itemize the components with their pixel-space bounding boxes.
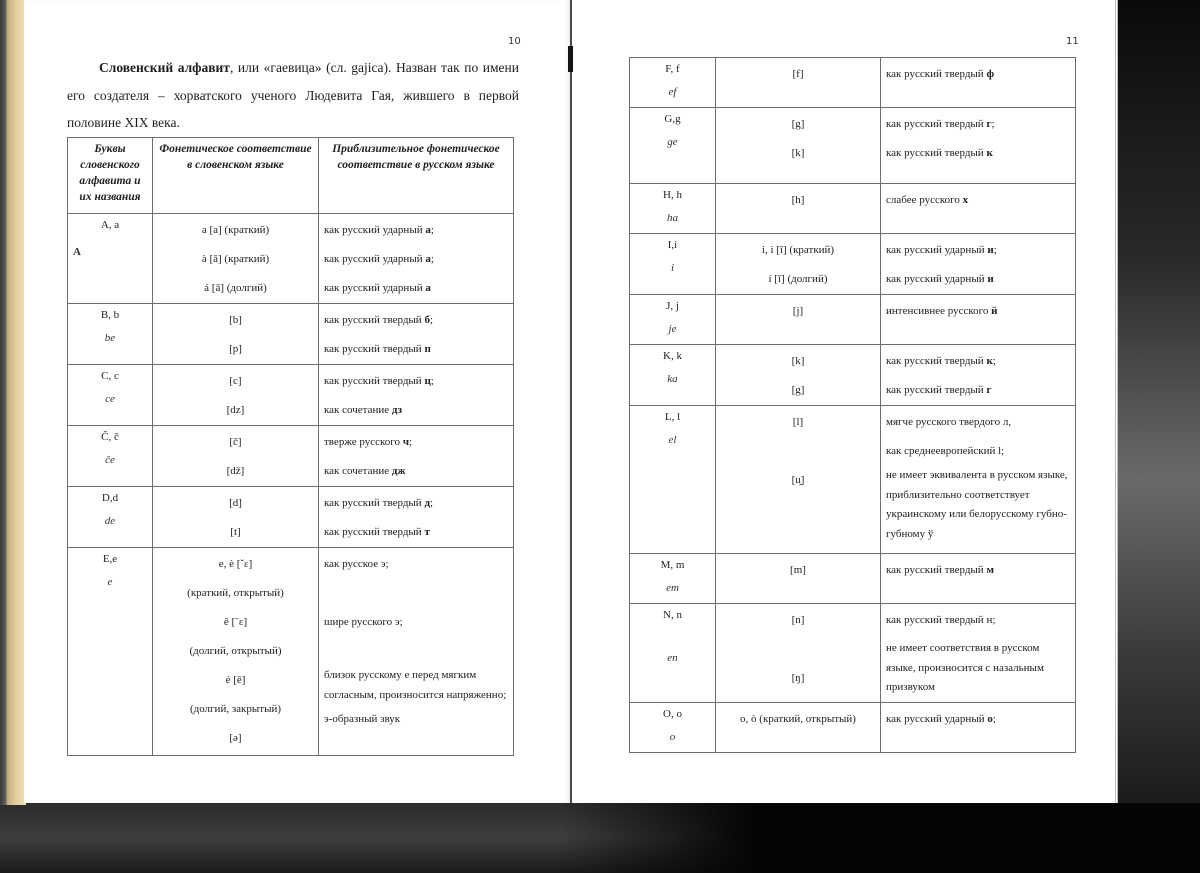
russian-tail: ; [430, 314, 433, 326]
phonetic-line: [t] [158, 518, 313, 547]
letter-cell: I,ii [630, 234, 716, 295]
russian-block: как русское э; [324, 550, 508, 579]
russian-text: как сочетание [324, 465, 392, 477]
russian-tail: ; [994, 244, 997, 256]
intro-paragraph: Словенский алфавит, или «гаевица» (сл. g… [67, 54, 519, 137]
letter-pair: I,i [635, 236, 710, 254]
book-page-edges [0, 0, 26, 805]
letter-name: em [635, 574, 710, 602]
letter-cell: O, oo [630, 703, 716, 753]
phonetic-line: [k] [721, 347, 875, 376]
letter-name: ce [73, 385, 147, 413]
table-row: I,iii, ì [ī] (краткий)í [ī] (долгий)как … [630, 234, 1076, 295]
russian-letter: а [425, 282, 431, 294]
intro-bold-lead: Словенский алфавит [99, 60, 230, 75]
slovene-phonetic-cell: o, ò (краткий, открытый) [716, 703, 881, 753]
russian-line: как сочетание дз [324, 396, 508, 425]
russian-phonetic-cell: как русский твердый д;как русский тверды… [319, 487, 514, 548]
russian-line: как русский твердый ф [886, 60, 1070, 89]
letter-pair: H, h [635, 186, 710, 204]
russian-line: тверже русского ч; [324, 428, 508, 457]
russian-tail: ; [993, 713, 996, 725]
letter-cell: A, aA [68, 214, 153, 304]
letter-cell: Č, čče [68, 426, 153, 487]
background-shadow [560, 803, 1200, 873]
table-row: O, ooo, ò (краткий, открытый)как русский… [630, 703, 1076, 753]
slovene-phonetic-cell: [h] [716, 184, 881, 234]
russian-line: как русский твердый т [324, 518, 508, 547]
russian-phonetic-cell: тверже русского ч;как сочетание дж [319, 426, 514, 487]
phonetic-line: [ə] [158, 724, 313, 753]
header-slovene-phonetic: Фонетическое соответствие в словенском я… [153, 138, 319, 214]
russian-letter: дз [392, 404, 402, 416]
phonetic-line: [c] [158, 367, 313, 396]
table-row: L, lel[l][u̯]мягче русского твердого л,к… [630, 406, 1076, 554]
table-row: D,dde[d][t]как русский твердый д;как рус… [68, 487, 514, 548]
russian-phonetic-cell: как русский твердый г;как русский тверды… [881, 108, 1076, 184]
russian-letter: ф [986, 68, 994, 80]
russian-line: как русский твердый б; [324, 306, 508, 335]
russian-letter: п [424, 343, 430, 355]
page-number-left: 10 [508, 36, 521, 47]
russian-line: как русский ударный о; [886, 705, 1070, 734]
russian-line: как русский ударный а [324, 274, 508, 303]
letter-cell: B, bbe [68, 304, 153, 365]
letter-cell: F, fef [630, 58, 716, 108]
russian-block [324, 579, 508, 608]
slovene-phonetic-cell: [l][u̯] [716, 406, 881, 554]
russian-text: как русский твердый [324, 375, 424, 387]
letter-pair: D,d [73, 489, 147, 507]
russian-line: как русский ударный а; [324, 216, 508, 245]
letter-pair: B, b [73, 306, 147, 324]
russian-line: как русский ударный а; [324, 245, 508, 274]
letter-name: ka [635, 365, 710, 393]
phonetic-line: (краткий, открытый) [158, 579, 313, 608]
table-row: B, bbe[b][p]как русский твердый б;как ру… [68, 304, 514, 365]
russian-block: э-образный звук [324, 705, 508, 734]
letter-pair: N, n [635, 606, 710, 624]
letter-pair: E,e [73, 550, 147, 568]
russian-text: как русский твердый [324, 526, 424, 538]
russian-line: как русский твердый п [324, 335, 508, 364]
table-row: G,gge[g][k]как русский твердый г;как рус… [630, 108, 1076, 184]
russian-tail: ; [431, 224, 434, 236]
letter-cell: H, hha [630, 184, 716, 234]
russian-text: как сочетание [324, 404, 392, 416]
russian-block: шире русского э; [324, 608, 508, 637]
letter-cell: K, kka [630, 345, 716, 406]
russian-tail: ; [431, 253, 434, 265]
letter-pair: C, c [73, 367, 147, 385]
table-row: F, fef[f]как русский твердый ф [630, 58, 1076, 108]
russian-tail: ; [409, 436, 412, 448]
letter-cell: M, mem [630, 554, 716, 604]
letter-pair: A, a [73, 216, 147, 234]
russian-block: как русский твердый н; [886, 606, 1070, 635]
letter-pair: Č, č [73, 428, 147, 446]
russian-phonetic-cell: как русский твердый к;как русский тверды… [881, 345, 1076, 406]
slovene-phonetic-cell: [j] [716, 295, 881, 345]
letter-pair: L, l [635, 408, 710, 426]
phonetic-line: [u̯] [721, 466, 875, 495]
russian-text: интенсивнее русского [886, 305, 991, 317]
letter-name: o [635, 723, 710, 751]
alphabet-table-right: F, fef[f]как русский твердый фG,gge[g][k… [629, 57, 1076, 753]
phonetic-line: á [ā] (долгий) [158, 274, 313, 303]
letter-name: el [635, 426, 710, 454]
russian-text: как русский твердый [324, 497, 424, 509]
slovene-phonetic-cell: [b][p] [153, 304, 319, 365]
table-row: J, jje[j]интенсивнее русского й [630, 295, 1076, 345]
letter-name: be [73, 324, 147, 352]
letter-cell: J, jje [630, 295, 716, 345]
phonetic-line: i, ì [ī] (краткий) [721, 236, 875, 265]
russian-text: как русский твердый [886, 384, 986, 396]
russian-line: как русский ударный и [886, 265, 1070, 294]
phonetic-line: o, ò (краткий, открытый) [721, 705, 875, 734]
russian-letter: г [986, 384, 991, 396]
letter-name: en [635, 644, 710, 672]
slovene-phonetic-cell: [č][dž] [153, 426, 319, 487]
russian-phonetic-cell: как русский ударный и;как русский ударны… [881, 234, 1076, 295]
letter-pair: M, m [635, 556, 710, 574]
phonetic-line: [dž] [158, 457, 313, 486]
russian-letter: х [963, 194, 969, 206]
russian-block: как среднеевропейский l; [886, 437, 1070, 466]
russian-phonetic-cell: слабее русского х [881, 184, 1076, 234]
slovene-phonetic-cell: [c][dz] [153, 365, 319, 426]
russian-text: как русский ударный [324, 224, 425, 236]
letter-name: je [635, 315, 710, 343]
russian-text: как русский твердый [886, 147, 986, 159]
phonetic-line: [l] [721, 408, 875, 437]
phonetic-line: [d] [158, 489, 313, 518]
letter-name: e [73, 568, 147, 596]
russian-block: близок русскому е перед мягким согласным… [324, 666, 508, 705]
table-row: K, kka[k][g]как русский твердый к;как ру… [630, 345, 1076, 406]
slovene-phonetic-cell: a [a] (краткий)à [ā] (краткий)á [ā] (дол… [153, 214, 319, 304]
russian-line: как русский твердый д; [324, 489, 508, 518]
letter-cell: E,ee [68, 548, 153, 756]
russian-line: как русский твердый к [886, 139, 1070, 168]
russian-line: как русский твердый ц; [324, 367, 508, 396]
alphabet-table-left: Буквы словенского алфавита и их названия… [67, 137, 514, 756]
russian-phonetic-cell: как русский твердый н;не имеет соответст… [881, 604, 1076, 703]
russian-text: как русский ударный [324, 282, 425, 294]
russian-line: как сочетание дж [324, 457, 508, 486]
table-row: C, cce[c][dz]как русский твердый ц;как с… [68, 365, 514, 426]
slovene-phonetic-cell: i, ì [ī] (краткий)í [ī] (долгий) [716, 234, 881, 295]
russian-letter: й [991, 305, 997, 317]
phonetic-line: e, è [ˇε] [158, 550, 313, 579]
russian-tail: ; [431, 375, 434, 387]
phonetic-line: [h] [721, 186, 875, 215]
russian-text: как русский твердый [886, 564, 986, 576]
russian-tail: ; [430, 497, 433, 509]
letter-name: ge [635, 128, 710, 156]
russian-letter: дж [392, 465, 406, 477]
letter-pair: K, k [635, 347, 710, 365]
phonetic-line: [g] [721, 376, 875, 405]
letter-name: ha [635, 204, 710, 232]
letter-name: de [73, 507, 147, 535]
phonetic-line: à [ā] (краткий) [158, 245, 313, 274]
letter-name: če [73, 446, 147, 474]
russian-letter: т [424, 526, 429, 538]
slovene-phonetic-cell: e, è [ˇε](краткий, открытый)ê [ˉε](долги… [153, 548, 319, 756]
russian-text: как русский твердый [886, 118, 986, 130]
header-letters: Буквы словенского алфавита и их названия [68, 138, 153, 214]
russian-text: тверже русского [324, 436, 403, 448]
phonetic-line: (долгий, открытый) [158, 637, 313, 666]
page-number-right: 11 [1066, 36, 1079, 47]
phonetic-line: é [ē] [158, 666, 313, 695]
slovene-phonetic-cell: [d][t] [153, 487, 319, 548]
russian-text: как русский ударный [324, 253, 425, 265]
phonetic-line: [p] [158, 335, 313, 364]
russian-tail: ; [993, 355, 996, 367]
russian-letter: к [986, 147, 992, 159]
background-right [1118, 0, 1200, 873]
letter-pair: G,g [635, 110, 710, 128]
russian-phonetic-cell: как русский твердый б;как русский тверды… [319, 304, 514, 365]
letter-cell: N, nen [630, 604, 716, 703]
phonetic-line: í [ī] (долгий) [721, 265, 875, 294]
letter-cell: D,dde [68, 487, 153, 548]
phonetic-line: [m] [721, 556, 875, 585]
russian-block: мягче русского твердого л, [886, 408, 1070, 437]
letter-pair: F, f [635, 60, 710, 78]
russian-letter: и [987, 273, 993, 285]
russian-phonetic-cell: мягче русского твердого л,как среднеевро… [881, 406, 1076, 554]
russian-text: как русский твердый [886, 68, 986, 80]
russian-line: слабее русского х [886, 186, 1070, 215]
phonetic-line: [f] [721, 60, 875, 89]
phonetic-line: (долгий, закрытый) [158, 695, 313, 724]
phonetic-line: a [a] (краткий) [158, 216, 313, 245]
letter-pair: J, j [635, 297, 710, 315]
letter-pair: O, o [635, 705, 710, 723]
phonetic-line: [n] [721, 606, 875, 635]
russian-text: как русский твердый [324, 343, 424, 355]
slovene-phonetic-cell: [g][k] [716, 108, 881, 184]
letter-name: A [73, 238, 147, 266]
table-row: A, aAa [a] (краткий)à [ā] (краткий)á [ā]… [68, 214, 514, 304]
letter-cell: G,gge [630, 108, 716, 184]
russian-letter: м [986, 564, 994, 576]
russian-phonetic-cell: как русский твердый ц;как сочетание дз [319, 365, 514, 426]
russian-text: как русский ударный [886, 273, 987, 285]
spine-binding-mark [568, 46, 573, 72]
table-row: Č, čče[č][dž]тверже русского ч;как сочет… [68, 426, 514, 487]
letter-cell: C, cce [68, 365, 153, 426]
book-spine [570, 0, 572, 803]
russian-line: как русский твердый к; [886, 347, 1070, 376]
russian-line: как русский ударный и; [886, 236, 1070, 265]
slovene-phonetic-cell: [f] [716, 58, 881, 108]
table-row: N, nen[n][ŋ]как русский твердый н;не име… [630, 604, 1076, 703]
letter-name: i [635, 254, 710, 282]
russian-phonetic-cell: интенсивнее русского й [881, 295, 1076, 345]
russian-line: как русский твердый м [886, 556, 1070, 585]
phonetic-line: ê [ˉε] [158, 608, 313, 637]
table-row: H, hha[h]слабее русского х [630, 184, 1076, 234]
slovene-phonetic-cell: [m] [716, 554, 881, 604]
phonetic-line: [ŋ] [721, 664, 875, 693]
russian-phonetic-cell: как русское э;шире русского э;близок рус… [319, 548, 514, 756]
russian-tail: ; [991, 118, 994, 130]
russian-line: интенсивнее русского й [886, 297, 1070, 326]
phonetic-line: [k] [721, 139, 875, 168]
phonetic-line: [b] [158, 306, 313, 335]
russian-text: как русский твердый [324, 314, 424, 326]
phonetic-line: [dz] [158, 396, 313, 425]
russian-text: как русский ударный [886, 244, 987, 256]
russian-text: как русский ударный [886, 713, 987, 725]
russian-text: как русский твердый [886, 355, 986, 367]
russian-line: как русский твердый г [886, 376, 1070, 405]
phonetic-line: [g] [721, 110, 875, 139]
russian-block: не имеет эквивалента в русском языке, пр… [886, 466, 1070, 544]
russian-phonetic-cell: как русский ударный а;как русский ударны… [319, 214, 514, 304]
header-russian-phonetic: Приблизительное фонетическое соответстви… [319, 138, 514, 214]
table-row: M, mem[m]как русский твердый м [630, 554, 1076, 604]
slovene-phonetic-cell: [n][ŋ] [716, 604, 881, 703]
phonetic-line: [č] [158, 428, 313, 457]
russian-phonetic-cell: как русский твердый м [881, 554, 1076, 604]
russian-text: слабее русского [886, 194, 963, 206]
phonetic-line: [j] [721, 297, 875, 326]
letter-cell: L, lel [630, 406, 716, 554]
russian-block: не имеет соответствия в русском языке, п… [886, 639, 1070, 698]
russian-line: как русский твердый г; [886, 110, 1070, 139]
russian-block [324, 637, 508, 666]
table-row: E,eee, è [ˇε](краткий, открытый)ê [ˉε](д… [68, 548, 514, 756]
slovene-phonetic-cell: [k][g] [716, 345, 881, 406]
letter-name: ef [635, 78, 710, 106]
russian-phonetic-cell: как русский ударный о; [881, 703, 1076, 753]
russian-phonetic-cell: как русский твердый ф [881, 58, 1076, 108]
